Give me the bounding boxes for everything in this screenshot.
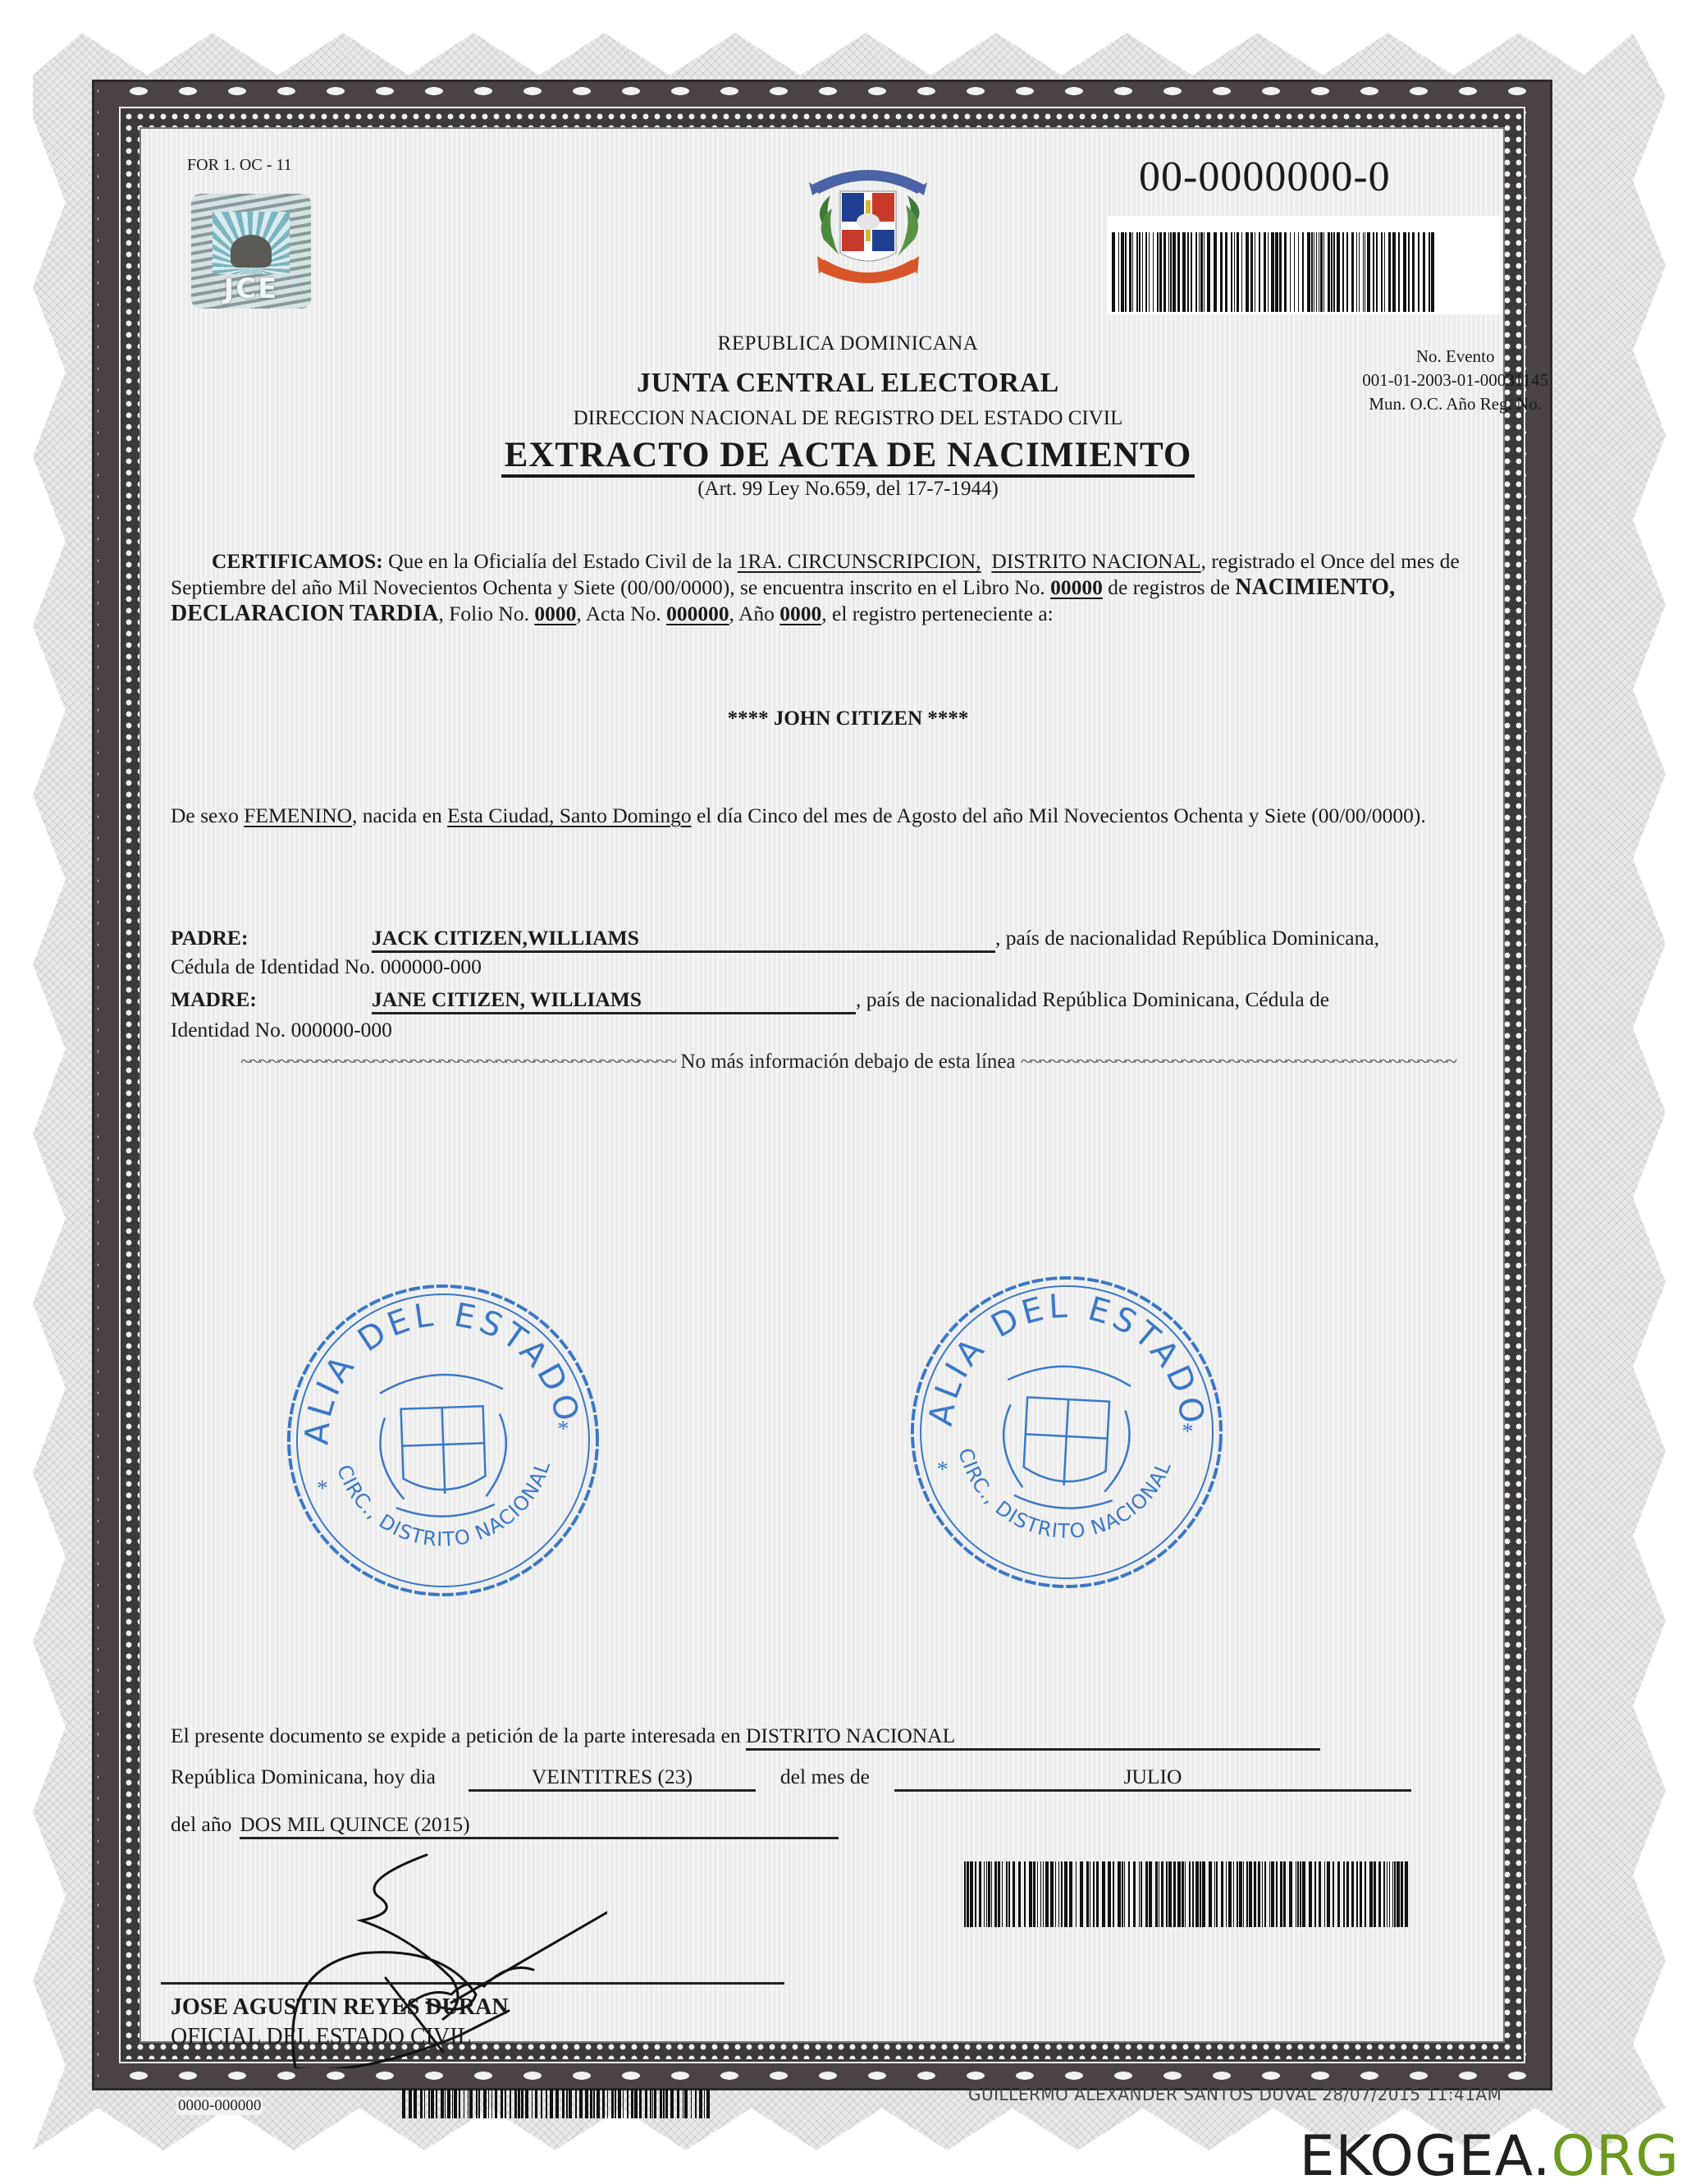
mother-cedula: Identidad No. 000000-000: [171, 1018, 1504, 1042]
official-stamp-left: OFICIALIA DEL ESTADO CIVIL 1RA. CIRC., D…: [273, 1271, 613, 1610]
official-title: OFICIAL DEL ESTADO CIVIL: [171, 2024, 472, 2050]
issuance-month: JULIO: [894, 1765, 1411, 1792]
law-reference: (Art. 99 Ley No.659, del 17-7-1944): [0, 478, 1696, 501]
father-row: PADRE:JACK CITIZEN,WILLIAMS, país de nac…: [171, 926, 1504, 953]
father-nationality: , país de nacionalidad República Dominic…: [995, 926, 1379, 950]
dominican-coat-of-arms-icon: [794, 154, 942, 302]
barcode-footer: [402, 2089, 714, 2118]
footer-code: 0000-000000: [176, 2097, 263, 2115]
official-stamp-right: OFICIALIA DEL ESTADO CIVIL 1RA. CIRC., D…: [894, 1260, 1239, 1605]
folio-number: 0000: [534, 602, 576, 625]
svg-text:OFICIALIA DEL ESTADO CIVIL: OFICIALIA DEL ESTADO CIVIL: [894, 1260, 1221, 1445]
hologram-label: JCE: [224, 272, 279, 305]
father-name: JACK CITIZEN,WILLIAMS: [372, 926, 995, 953]
document-title: EXTRACTO DE ACTA DE NACIMIENTO: [0, 435, 1696, 475]
issuance-day: VEINTITRES (23): [469, 1765, 756, 1792]
year-number: 0000: [779, 602, 821, 625]
svg-text:*: *: [1181, 1418, 1194, 1445]
direction-heading: DIRECCION NACIONAL DE REGISTRO DEL ESTAD…: [0, 407, 1696, 430]
issuance-year-row: del añoDOS MIL QUINCE (2015): [171, 1812, 839, 1839]
issuance-place-row: El presente documento se expide a petici…: [171, 1724, 1320, 1751]
country-heading: REPUBLICA DOMINICANA: [0, 332, 1696, 355]
mother-row: MADRE:JANE CITIZEN, WILLIAMS, país de na…: [171, 987, 1504, 1014]
registrant-name: **** JOHN CITIZEN ****: [0, 707, 1696, 730]
site-watermark: EKOGEA.ORG: [1300, 2124, 1680, 2184]
official-name: JOSE AGUSTIN REYES DURAN: [171, 1994, 509, 2021]
father-cedula: Cédula de Identidad No. 000000-000: [171, 955, 1504, 979]
distrito-value: DISTRITO NACIONAL: [991, 549, 1200, 573]
birth-details-paragraph: De sexo FEMENINO, nacida en Esta Ciudad,…: [171, 803, 1504, 829]
svg-text:*: *: [936, 1457, 949, 1483]
institution-heading: JUNTA CENTRAL ELECTORAL: [0, 368, 1696, 399]
certificamos-lead: CERTIFICAMOS:: [212, 549, 383, 573]
barcode-bottom: [964, 1861, 1411, 1927]
tilde-rule-left: ~~~~~~~~~~~~~~~~~~~~~~~~~~~~~~~~~~~~~~~~…: [240, 1051, 675, 1073]
svg-text:*: *: [557, 1417, 569, 1442]
form-code: FOR 1. OC - 11: [187, 156, 292, 175]
document-number: 00-0000000-0: [1139, 153, 1391, 201]
issuer-print-stamp: GUILLERMO ALEXANDER SANTOS DUVAL 28/07/2…: [968, 2085, 1502, 2104]
svg-text:*: *: [316, 1476, 328, 1501]
issuance-year: DOS MIL QUINCE (2015): [240, 1812, 839, 1839]
circunscripcion-value: 1RA. CIRCUNSCRIPCION,: [738, 549, 981, 573]
issuance-place: DISTRITO NACIONAL: [746, 1724, 1320, 1751]
mother-nationality: , país de nacionalidad República Dominic…: [856, 987, 1329, 1011]
certification-paragraph: CERTIFICAMOS: Que en la Oficialía del Es…: [171, 548, 1504, 627]
acta-number: 000000: [666, 602, 729, 625]
tilde-rule-right: ~~~~~~~~~~~~~~~~~~~~~~~~~~~~~~~~~~~~~~~~…: [1021, 1051, 1456, 1073]
libro-number: 00000: [1050, 575, 1103, 599]
barcode-top: [1112, 232, 1440, 312]
mother-name: JANE CITIZEN, WILLIAMS: [372, 987, 856, 1014]
issuance-date-row: República Dominicana, hoy diaVEINTITRES …: [171, 1765, 1411, 1792]
mother-label: MADRE:: [171, 987, 372, 1012]
birthplace-value: Esta Ciudad, Santo Domingo: [447, 804, 691, 827]
sex-value: FEMENINO: [244, 804, 352, 827]
jce-hologram-seal: JCE: [191, 194, 311, 309]
bird-icon: [231, 235, 272, 268]
father-label: PADRE:: [171, 926, 372, 950]
no-more-info-line: ~~~~~~~~~~~~~~~~~~~~~~~~~~~~~~~~~~~~~~~~…: [0, 1051, 1696, 1074]
